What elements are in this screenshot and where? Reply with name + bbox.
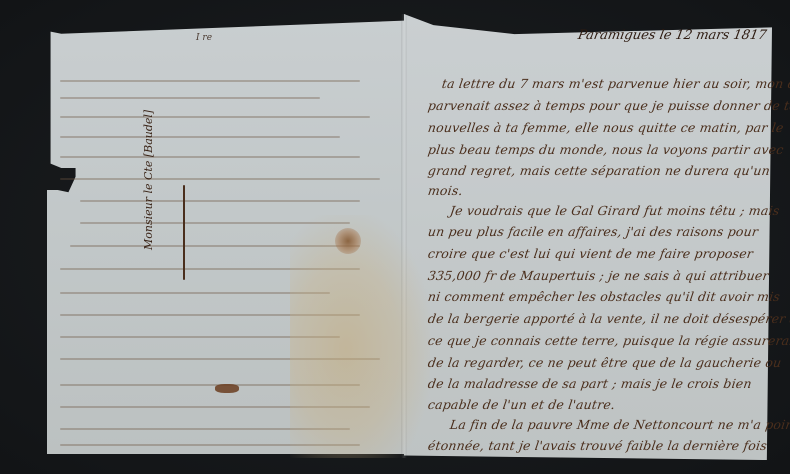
letter-line: 335,000 fr de Maupertuis ; je ne sais à … bbox=[427, 268, 770, 283]
letter-line: capable de l'un et de l'autre. bbox=[427, 397, 616, 412]
address-inscription: Monsieur le Cte [Baudel] bbox=[142, 110, 155, 250]
letter-line: parvenait assez à temps pour que je puis… bbox=[427, 98, 790, 113]
letter-folio: I re Monsieur le Cte [Baudel] Paramigues… bbox=[0, 0, 790, 474]
letter-line: ni comment empêcher les obstacles qu'il … bbox=[427, 289, 781, 304]
ink-stain-spot bbox=[335, 228, 361, 254]
letter-line: un peu plus facile en affaires, j'ai des… bbox=[427, 224, 759, 239]
letter-line: La fin de la pauvre Mme de Nettoncourt n… bbox=[449, 417, 790, 432]
letter-line: ta lettre du 7 mars m'est parvenue hier … bbox=[441, 76, 790, 91]
letter-line: de la regarder, ce ne peut être que de l… bbox=[427, 355, 783, 370]
letter-line: de la bergerie apporté à la vente, il ne… bbox=[427, 311, 790, 326]
letter-line: mois. bbox=[427, 183, 464, 198]
letter-line: ce que je connais cette terre, puisque l… bbox=[427, 333, 790, 348]
page-mark: I re bbox=[196, 33, 212, 43]
address-bracket bbox=[183, 185, 185, 280]
letter-line: Je voudrais que le Gal Girard fut moins … bbox=[449, 203, 781, 218]
letter-line: plus beau temps du monde, nous la voyons… bbox=[427, 142, 785, 157]
letter-line: grand regret, mais cette séparation ne d… bbox=[427, 163, 771, 178]
letter-line: croire que c'est lui qui vient de me fai… bbox=[427, 246, 754, 261]
water-stain bbox=[290, 215, 430, 458]
letter-line: étonnée, tant je l'avais trouvé faible l… bbox=[427, 438, 768, 453]
ink-blot bbox=[215, 384, 239, 393]
letter-line: nouvelles à ta femme, elle nous quitte c… bbox=[427, 120, 785, 135]
dateline: Paramigues le 12 mars 1817 bbox=[577, 28, 768, 43]
letter-line: de la maladresse de sa part ; mais je le… bbox=[427, 376, 753, 391]
